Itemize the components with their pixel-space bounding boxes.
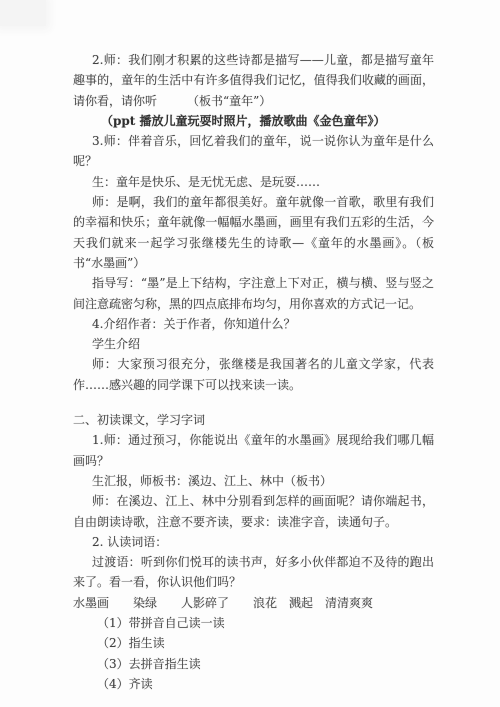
read-step-3: （3）去拼音指生读 <box>73 654 434 674</box>
paragraph-teacher-author-comment: 师：大家预习很充分，张继楼是我国著名的儿童文学家，代表作……感兴趣的同学课下可以… <box>73 354 434 395</box>
document-text-body: 2.师：我们刚才积累的这些诗都是描写——儿童，都是描写童年趣事的，童年的生活中有… <box>0 0 500 694</box>
paragraph-teacher-intro: 2.师：我们刚才积累的这些诗都是描写——儿童，都是描写童年趣事的，童年的生活中有… <box>73 50 434 111</box>
paragraph-word-recognition: 2. 认读词语： <box>73 532 434 552</box>
paragraph-student-answer: 生：童年是快乐、是无忧无虑、是玩耍…… <box>73 172 434 192</box>
lesson-plan-document-page: 2.师：我们刚才积累的这些诗都是描写——儿童，都是描写童年趣事的，童年的生活中有… <box>0 0 500 707</box>
paragraph-teacher-question: 3.师：伴着音乐，回忆着我们的童年，说一说你认为童年是什么呢？ <box>73 131 434 172</box>
paragraph-teacher-read-instruction: 师：在溪边、江上、林中分别看到怎样的画面呢？请你端起书，自由朗读诗歌，注意不要齐… <box>73 491 434 532</box>
read-step-1: （1）带拼音自己读一读 <box>73 613 434 633</box>
paragraph-writing-guide: 指导写：“墨”是上下结构，字注意上下对正，横与横、竖与竖之间注意疏密匀称，黑的四… <box>73 273 434 314</box>
ppt-stage-direction: （ppt 播放儿童玩耍时照片，播放歌曲《金色童年》） <box>73 111 434 131</box>
word-list-line: 水墨画 染绿 人影碎了 浪花 溅起 清清爽爽 <box>73 593 434 613</box>
paragraph-teacher-summary: 师：是啊，我们的童年都很美好。童年就像一首歌，歌里有我们的幸福和快乐；童年就像一… <box>73 192 434 273</box>
read-step-2: （2）指生读 <box>73 633 434 653</box>
paragraph-teacher-preview-question: 1.师：通过预习，你能说出《童年的水墨画》展现给我们哪几幅画吗？ <box>73 430 434 471</box>
paragraph-student-report: 生汇报，师板书：溪边、江上、林中（板书） <box>73 471 434 491</box>
paragraph-student-presentation: 学生介绍 <box>73 334 434 354</box>
section-heading-first-reading: 二、初读课文，学习字词 <box>73 410 434 430</box>
paragraph-author-intro: 4.介绍作者：关于作者，你知道什么？ <box>73 314 434 334</box>
paragraph-transition: 过渡语：听到你们悦耳的读书声，好多小伙伴都迫不及待的跑出来了。看一看，你认识他们… <box>73 552 434 593</box>
read-step-4: （4）齐读 <box>73 674 434 694</box>
